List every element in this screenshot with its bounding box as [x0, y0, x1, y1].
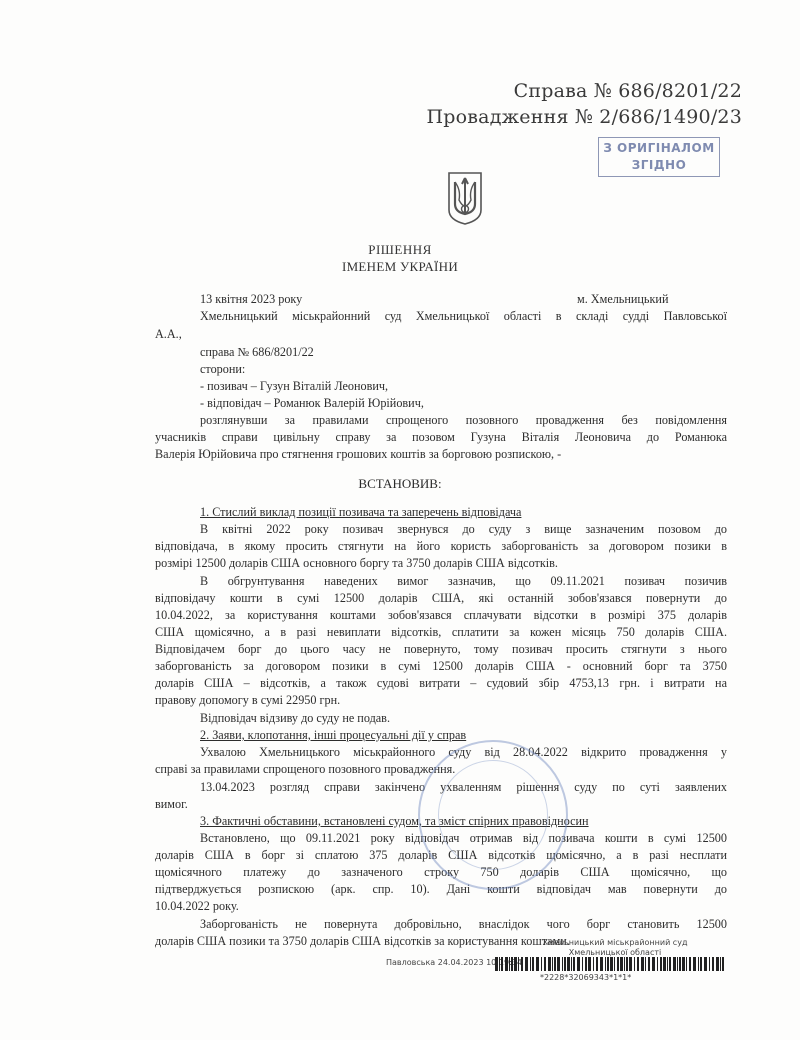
defendant: - відповідач – Романюк Валерій Юрійович, — [200, 396, 424, 411]
footer-court-name: Хмельницький міськрайонний суд — [500, 938, 730, 947]
paragraph-line: розмірі 12500 доларів США основного борг… — [155, 556, 558, 571]
proceeding-number: Провадження № 2/686/1490/23 — [427, 106, 742, 128]
paragraph-line: підтверджується розпискою (арк. спр. 10)… — [155, 882, 727, 897]
barcode-icon — [495, 957, 727, 971]
paragraph-line: заборгованість за договором позики в сум… — [155, 659, 727, 674]
paragraph-line: Встановлено, що 09.11.2021 року відповід… — [200, 831, 727, 846]
paragraph-line: відповідача, в якому просить стягнути на… — [155, 539, 727, 554]
paragraph-line: В квітні 2022 року позивач звернувся до … — [200, 522, 727, 537]
section-3-heading: 3. Фактичні обставини, встановлені судом… — [200, 814, 589, 829]
decision-date: 13 квітня 2023 року — [200, 292, 302, 307]
paragraph-line: Заборгованість не повернута добровільно,… — [200, 917, 727, 932]
section-1-heading: 1. Стислий виклад позиції позивача та за… — [200, 505, 521, 520]
paragraph-line: Відповідач відзиву до суду не подав. — [200, 711, 390, 726]
paragraph-line: щомісячного платежу до зазначеного строк… — [155, 865, 727, 880]
paragraph-line: США щомісячно, а в разі невиплати відсот… — [155, 625, 727, 640]
paragraph-line: вимог. — [155, 797, 188, 812]
paragraph-line: 13.04.2023 розгляд справи закінчено ухва… — [200, 780, 727, 795]
case-number: Справа № 686/8201/22 — [514, 80, 742, 102]
trident-icon — [446, 170, 484, 226]
document-page: Справа № 686/8201/22 Провадження № 2/686… — [0, 0, 800, 1040]
paragraph-line: В обгрунтування наведених вимог зазначив… — [200, 574, 727, 589]
stamp-line-1: З ОРИГІНАЛОМ — [599, 140, 719, 157]
case-ref: справа № 686/8201/22 — [200, 345, 314, 360]
paragraph-line: доларів США в борг зі сплатою 375 доларі… — [155, 848, 727, 863]
decision-title: РІШЕННЯ — [0, 242, 800, 258]
paragraph-line: справі за правилами спрощеного позовного… — [155, 762, 455, 777]
established-heading: ВСТАНОВИВ: — [0, 476, 800, 492]
footer-court-region: Хмельницької області — [500, 948, 730, 957]
paragraph-line: Відповідачем борг до цього часу не повер… — [155, 642, 727, 657]
paragraph-line: доларів США – відсотків, а також судові … — [155, 676, 727, 691]
paragraph-line: 10.04.2022 року. — [155, 899, 239, 914]
paragraph-line: відповідачу кошти в сумі 12500 доларів С… — [155, 591, 727, 606]
parties-label: сторони: — [200, 362, 245, 377]
paragraph-line: 10.04.2022, за користування коштами зобо… — [155, 608, 727, 623]
paragraph-line: Ухвалою Хмельницького міськрайонного суд… — [200, 745, 727, 760]
stamp-line-2: ЗГІДНО — [599, 157, 719, 174]
decision-subtitle: ІМЕНЕМ УКРАЇНИ — [0, 259, 800, 275]
consideration-text: розглянувши за правилами спрощеного позо… — [200, 413, 727, 428]
court-composition: Хмельницький міськрайонний суд Хмельниць… — [200, 309, 727, 324]
copy-certified-stamp: З ОРИГІНАЛОМ ЗГІДНО — [598, 137, 720, 177]
decision-city: м. Хмельницький — [577, 292, 668, 307]
court-composition-cont: А.А., — [155, 327, 182, 342]
consideration-text: Валерія Юрійовича про стягнення грошових… — [155, 447, 561, 462]
plaintiff: - позивач – Гузун Віталій Леонович, — [200, 379, 388, 394]
paragraph-line: правову допомогу в сумі 22950 грн. — [155, 693, 340, 708]
section-2-heading: 2. Заяви, клопотання, інші процесуальні … — [200, 728, 466, 743]
barcode-number: *2228*32069343*1*1* — [540, 973, 631, 982]
consideration-text: учасників справи цивільну справу за позо… — [155, 430, 727, 445]
